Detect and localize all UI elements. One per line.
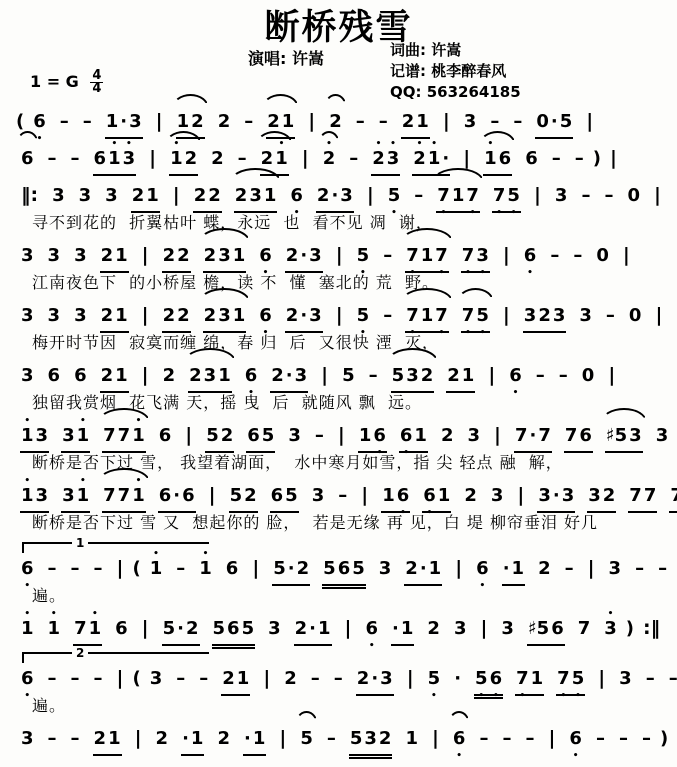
note: 6• (258, 305, 273, 327)
note-group: 6• (475, 553, 490, 584)
note-group: 6• (20, 663, 35, 694)
note: 6• (508, 365, 523, 387)
note: – (314, 425, 325, 447)
note: 6• (372, 425, 387, 447)
note: 1 (190, 728, 205, 750)
note-group: 3 (104, 180, 119, 211)
note: 5 (162, 618, 177, 640)
note: 2 (162, 365, 177, 387)
note-group: – (70, 723, 81, 754)
note: – (549, 245, 560, 267)
note: 6• (20, 668, 35, 690)
note: 1• (131, 425, 146, 447)
note: 7 (577, 618, 592, 640)
note: 5 (322, 558, 337, 580)
note-group: 21 (401, 106, 430, 139)
note-group: – (605, 300, 616, 331)
note: 3 (405, 365, 420, 387)
note: – (595, 728, 606, 750)
line-block-12: 3––21|2·12·1|5–5321|6•–––|6•–––)‖ (0, 723, 677, 754)
note-group: – (355, 106, 366, 137)
note: 6• (523, 245, 538, 267)
line-block-8: 1•331•771•6·6|52653–|16•6•123|3·3327773|… (0, 480, 677, 534)
octave-dot-below: • (377, 450, 383, 456)
note-group: 3 (267, 613, 282, 644)
note: 1 (176, 111, 191, 133)
note-group: 2·3 (270, 360, 308, 393)
note: 3 (20, 728, 35, 750)
note: 1 (232, 245, 247, 267)
note: 1• (427, 148, 442, 170)
note-group: 5 (341, 360, 356, 391)
meter-denominator: 4 (90, 83, 103, 95)
note: – (47, 558, 58, 580)
parenthesis: ( (132, 553, 140, 584)
octave-dot-above: • (390, 141, 396, 147)
note: – (368, 365, 379, 387)
note: 0 (535, 111, 550, 133)
barline: | (623, 240, 630, 271)
note: 2 (217, 111, 232, 133)
note-group: 2 (210, 143, 225, 174)
note-group: 3 (287, 420, 302, 451)
note: – (47, 668, 58, 690)
note: 1 (451, 185, 466, 207)
note-group: 3 (463, 106, 478, 137)
note: 2 (100, 245, 115, 267)
note: 3 (466, 425, 481, 447)
note: 2 (221, 668, 236, 690)
note-group: 2·3 (316, 180, 354, 213)
note: – (70, 668, 81, 690)
note: 3 (287, 425, 302, 447)
note: · (299, 305, 308, 327)
note: 1 (114, 365, 129, 387)
note-group: 1•6 (483, 143, 512, 176)
note-group: 1·3 (105, 106, 143, 139)
note-group: – (47, 723, 58, 754)
note: 6• (422, 485, 437, 507)
note: 3• (603, 618, 618, 640)
note-group: 16• (381, 480, 410, 513)
note-group: 6 (20, 143, 35, 174)
note: 2 (328, 111, 343, 133)
note-group: – (558, 360, 569, 391)
note: · (552, 485, 561, 507)
note: · (285, 365, 294, 387)
note-group: 6 (225, 553, 240, 584)
note: 6 (93, 148, 108, 170)
note: – (348, 148, 359, 170)
note: 2 (446, 365, 461, 387)
note: 3 (308, 245, 323, 267)
note: · (550, 111, 559, 133)
barline: | (548, 723, 555, 754)
octave-dot-below: • (391, 210, 397, 216)
note-group: 7•5• (492, 180, 521, 213)
note: 7 (117, 485, 132, 507)
note-group: – (82, 106, 93, 137)
note: · (330, 185, 339, 207)
note-group: 231 (234, 180, 278, 213)
note: 2 (537, 305, 552, 327)
note-group: ·1 (502, 553, 525, 586)
note-group: 6 (47, 360, 62, 391)
note: 3 (308, 305, 323, 327)
note-group: 52 (229, 480, 258, 513)
octave-dot-above: • (24, 478, 30, 484)
note: 1• (20, 425, 35, 447)
note: 3 (217, 305, 232, 327)
note: – (93, 668, 104, 690)
note: 3 (20, 305, 35, 327)
note: 5• (571, 668, 586, 690)
note-group: 2·1 (294, 613, 332, 646)
line-block-10: 1•1•71•6|5·256532·1|6•·123|3♯5673•):‖ (0, 613, 677, 644)
octave-dot-above: • (92, 611, 98, 617)
note: – (378, 111, 389, 133)
note-group: – (641, 723, 652, 754)
octave-dot-below: • (427, 510, 433, 516)
note-group: 7•17• (436, 180, 480, 213)
octave-dot-above: • (126, 141, 132, 147)
note: 5• (356, 245, 371, 267)
note: 1 (232, 305, 247, 327)
music-line: 36621|22316•2·3|5–53221|6•––0| (14, 360, 677, 391)
note-group: 3 (466, 420, 481, 451)
note: 7 (117, 425, 132, 447)
note-group: 3 (78, 180, 93, 211)
note: 3 (554, 185, 569, 207)
barline: | (517, 480, 524, 511)
note-group: – (549, 240, 560, 271)
music-line: 33321|222316•2·3|5•–7•17•7•5•|3233–0| (14, 300, 677, 331)
note: 6 (270, 485, 285, 507)
note-group: 0 (626, 180, 641, 211)
note: – (382, 245, 393, 267)
note-group: 0 (595, 240, 610, 271)
note-group: 6• (365, 613, 380, 644)
note: – (382, 305, 393, 327)
note: 1 (317, 618, 332, 640)
note: – (489, 111, 500, 133)
barline: | (610, 143, 617, 174)
note: – (641, 728, 652, 750)
note-group: 3 (578, 300, 593, 331)
note: 3 (294, 365, 309, 387)
note-group: 21 (93, 723, 122, 756)
note: 1• (483, 148, 498, 170)
note-group: 1 (404, 723, 419, 754)
octave-dot-below: • (480, 583, 486, 589)
note: 2 (234, 185, 249, 207)
octave-dot-below: • (480, 270, 486, 276)
note-group: 2• (322, 143, 337, 174)
barline: | (407, 663, 414, 694)
note: 6 (550, 618, 565, 640)
note: 1 (420, 305, 435, 327)
note: · (502, 558, 511, 580)
octave-dot-above: • (136, 418, 142, 424)
sheet-header: 断桥残雪 演唱: 许嵩 词曲: 许嵩 记谱: 桃李醉春风 QQ: 5632641… (0, 0, 677, 102)
note: 3 (61, 485, 76, 507)
note: 2• (412, 148, 427, 170)
octave-dot-below: • (456, 753, 462, 759)
note-group: – (314, 420, 325, 451)
note-group: 31• (61, 420, 90, 453)
note: · (441, 148, 450, 170)
note-group: – (551, 143, 562, 174)
note: 5 (261, 425, 276, 447)
note: 6 (578, 425, 593, 447)
octave-dot-above: • (326, 141, 332, 147)
note: 0 (581, 365, 596, 387)
note-group: 6• (258, 240, 273, 271)
note: 3 (78, 185, 93, 207)
octave-dot-below: • (439, 330, 445, 336)
note: 5• (356, 305, 371, 327)
note: · (287, 558, 296, 580)
note: 2 (190, 111, 205, 133)
octave-dot-above: • (51, 611, 57, 617)
note: 3 (248, 185, 263, 207)
note-group: 3 (378, 553, 393, 584)
note: 1 (145, 185, 160, 207)
music-line: 3––21|2·12·1|5–5321|6•–––|6•–––)‖ (14, 723, 677, 754)
music-line: ‖:33321|222316•2·3|5•–7•17•7•5•|3––0| (14, 180, 677, 211)
score: (6•––1·3|122–21|2––21|3––0·5|6––61•3•|1•… (0, 102, 677, 754)
note-group: 3 (554, 180, 569, 211)
volta-bracket-2: 2 (22, 652, 209, 663)
note: – (337, 485, 348, 507)
octave-dot-below: • (439, 270, 445, 276)
note: 7• (434, 305, 449, 327)
note-group: 3 (47, 300, 62, 331)
note-group: 5• (387, 180, 402, 211)
note-group: 61•3• (93, 143, 137, 176)
note: 3 (20, 245, 35, 267)
note: 2 (193, 185, 208, 207)
note: 7 (643, 485, 658, 507)
note-group: – (618, 723, 629, 754)
barline: | (135, 723, 142, 754)
octave-dot-below: • (478, 693, 484, 699)
note: 3 (378, 558, 393, 580)
note: 5 (205, 425, 220, 447)
line-block-3: ‖:33321|222316•2·3|5•–7•17•7•5•|3––0|寻不到… (0, 180, 677, 234)
note: 3 (73, 305, 88, 327)
note-group: 6• (20, 553, 35, 584)
note: 6• (568, 728, 583, 750)
barline: | (173, 180, 180, 211)
note-group: – (668, 663, 677, 694)
octave-dot-above: • (488, 141, 494, 147)
note-group: 323 (523, 300, 567, 333)
note: 1 (252, 728, 267, 750)
note-group: 1• (20, 613, 35, 644)
note-group: 3 (51, 180, 66, 211)
note: · (172, 485, 181, 507)
note: 1 (420, 245, 435, 267)
note: – (657, 558, 668, 580)
note: 2 (188, 365, 203, 387)
note: · (453, 668, 462, 690)
note: 2 (266, 111, 281, 133)
note-group: – (337, 480, 348, 511)
note: 3 (128, 111, 143, 133)
note: – (310, 668, 321, 690)
credit-qq: QQ: 563264185 (390, 82, 521, 103)
note: – (551, 148, 562, 170)
note: 6 (158, 425, 173, 447)
note: 5 (272, 558, 287, 580)
note: – (70, 558, 81, 580)
note-group: – (47, 663, 58, 694)
note-group: 76 (564, 420, 593, 453)
note: 1• (76, 485, 91, 507)
note-group: – (657, 553, 668, 584)
note-group: 22 (162, 300, 191, 333)
barline: | (494, 420, 501, 451)
note-group: 2 (463, 480, 478, 511)
note-group: – (198, 663, 209, 694)
note-group: – (580, 180, 591, 211)
note: 3 (608, 558, 623, 580)
note: 1• (20, 485, 35, 507)
note: 2 (426, 618, 441, 640)
barline: | (142, 613, 149, 644)
note: 3 (203, 365, 218, 387)
note-group: – (378, 106, 389, 137)
note: – (333, 668, 344, 690)
parenthesis: ) (660, 723, 668, 754)
barline: | (142, 360, 149, 391)
credit-transcriber: 记谱: 桃李醉春风 (390, 61, 521, 82)
note: 7• (461, 305, 476, 327)
note-group: – (382, 300, 393, 331)
note-group: 3 (47, 240, 62, 271)
lyrics-line: 梅开时节因 寂寞而缠 绵，春 归 后 又很快 湮 灭， (14, 331, 677, 354)
note-group: – (382, 240, 393, 271)
note: 5 (391, 365, 406, 387)
octave-dot-above: • (24, 418, 30, 424)
note: 1• (107, 148, 122, 170)
note-group: – (634, 553, 645, 584)
line-block-4: 33321|222316•2·3|5•–7•17•7•3•|6•––0|江南夜色… (0, 240, 677, 294)
note: 1 (511, 558, 526, 580)
note: · (299, 245, 308, 267)
barline: | (345, 613, 352, 644)
note-group: 771• (102, 480, 146, 513)
note-group: 7 (577, 613, 592, 644)
note-group: 6·6 (158, 480, 196, 513)
barline: | (488, 360, 495, 391)
note: 1 (114, 245, 129, 267)
note: 6• (475, 558, 490, 580)
barline: | (361, 480, 368, 511)
note: · (176, 618, 185, 640)
note: 7 (102, 485, 117, 507)
note: 1 (530, 668, 545, 690)
barline: | (321, 360, 328, 391)
note: 5• (474, 668, 489, 690)
octave-dot-below: • (465, 330, 471, 336)
note: 3• (475, 245, 490, 267)
note: 7 (102, 425, 117, 447)
note-group: 6• (523, 240, 538, 271)
performer-credit: 演唱: 许嵩 (248, 46, 324, 69)
note: 0 (595, 245, 610, 267)
note-group: 231 (203, 240, 247, 273)
barline: | (608, 360, 615, 391)
note: – (355, 111, 366, 133)
note-group: – (59, 106, 70, 137)
note-group: 21 (446, 360, 475, 393)
barline: | (503, 300, 510, 331)
note: ♯5 (605, 425, 628, 447)
note-group: – (310, 663, 321, 694)
note: · (528, 425, 537, 447)
note-group: 21 (100, 240, 129, 273)
note: 1 (358, 425, 373, 447)
note: 5• (427, 668, 442, 690)
octave-dot-below: • (470, 210, 476, 216)
key-signature: 1 = G 4 4 (30, 70, 103, 95)
note: 1• (198, 558, 213, 580)
note: 3 (587, 485, 602, 507)
octave-dot-below: • (441, 210, 447, 216)
note: – (175, 558, 186, 580)
barline: | (279, 723, 286, 754)
note: 3 (379, 668, 394, 690)
note: 6• (399, 425, 414, 447)
note: 1 (105, 111, 120, 133)
credits-block: 词曲: 许嵩 记谱: 桃李醉春风 QQ: 563264185 (390, 40, 521, 103)
octave-dot-above: • (80, 478, 86, 484)
note: 1• (149, 558, 164, 580)
note: 3 (523, 305, 538, 327)
note: – (574, 148, 585, 170)
line-block-5: 33321|222316•2·3|5•–7•17•7•5•|3233–0|梅开时… (0, 300, 677, 354)
octave-dot-below: • (575, 693, 581, 699)
note: 2 (260, 148, 275, 170)
note-group: 6• (568, 723, 583, 754)
note: 3 (490, 485, 505, 507)
note-group: – (595, 723, 606, 754)
octave-dot-above: • (173, 141, 179, 147)
note-group: – (645, 663, 656, 694)
note: – (634, 558, 645, 580)
note: 6• (452, 728, 467, 750)
note-group: 1•3 (20, 420, 49, 453)
note-group: 3 (20, 360, 35, 391)
note: 5 (241, 618, 256, 640)
lyrics-line: 寻不到花的 折翼枯叶 蝶，永远 也 看不见 凋 谢， (14, 211, 677, 234)
note: 7 (537, 425, 552, 447)
note-group: 6•1 (399, 420, 428, 453)
note-group: 21 (221, 663, 250, 696)
octave-dot-below: • (360, 330, 366, 336)
note: 0 (628, 305, 643, 327)
note: 2 (602, 485, 617, 507)
note-group: 6 (73, 360, 88, 391)
note: 1• (169, 148, 184, 170)
credit-composer: 词曲: 许嵩 (390, 40, 521, 61)
barline: | (503, 240, 510, 271)
note: – (237, 148, 248, 170)
note-group: – (348, 143, 359, 174)
note-group: 231 (188, 360, 232, 393)
